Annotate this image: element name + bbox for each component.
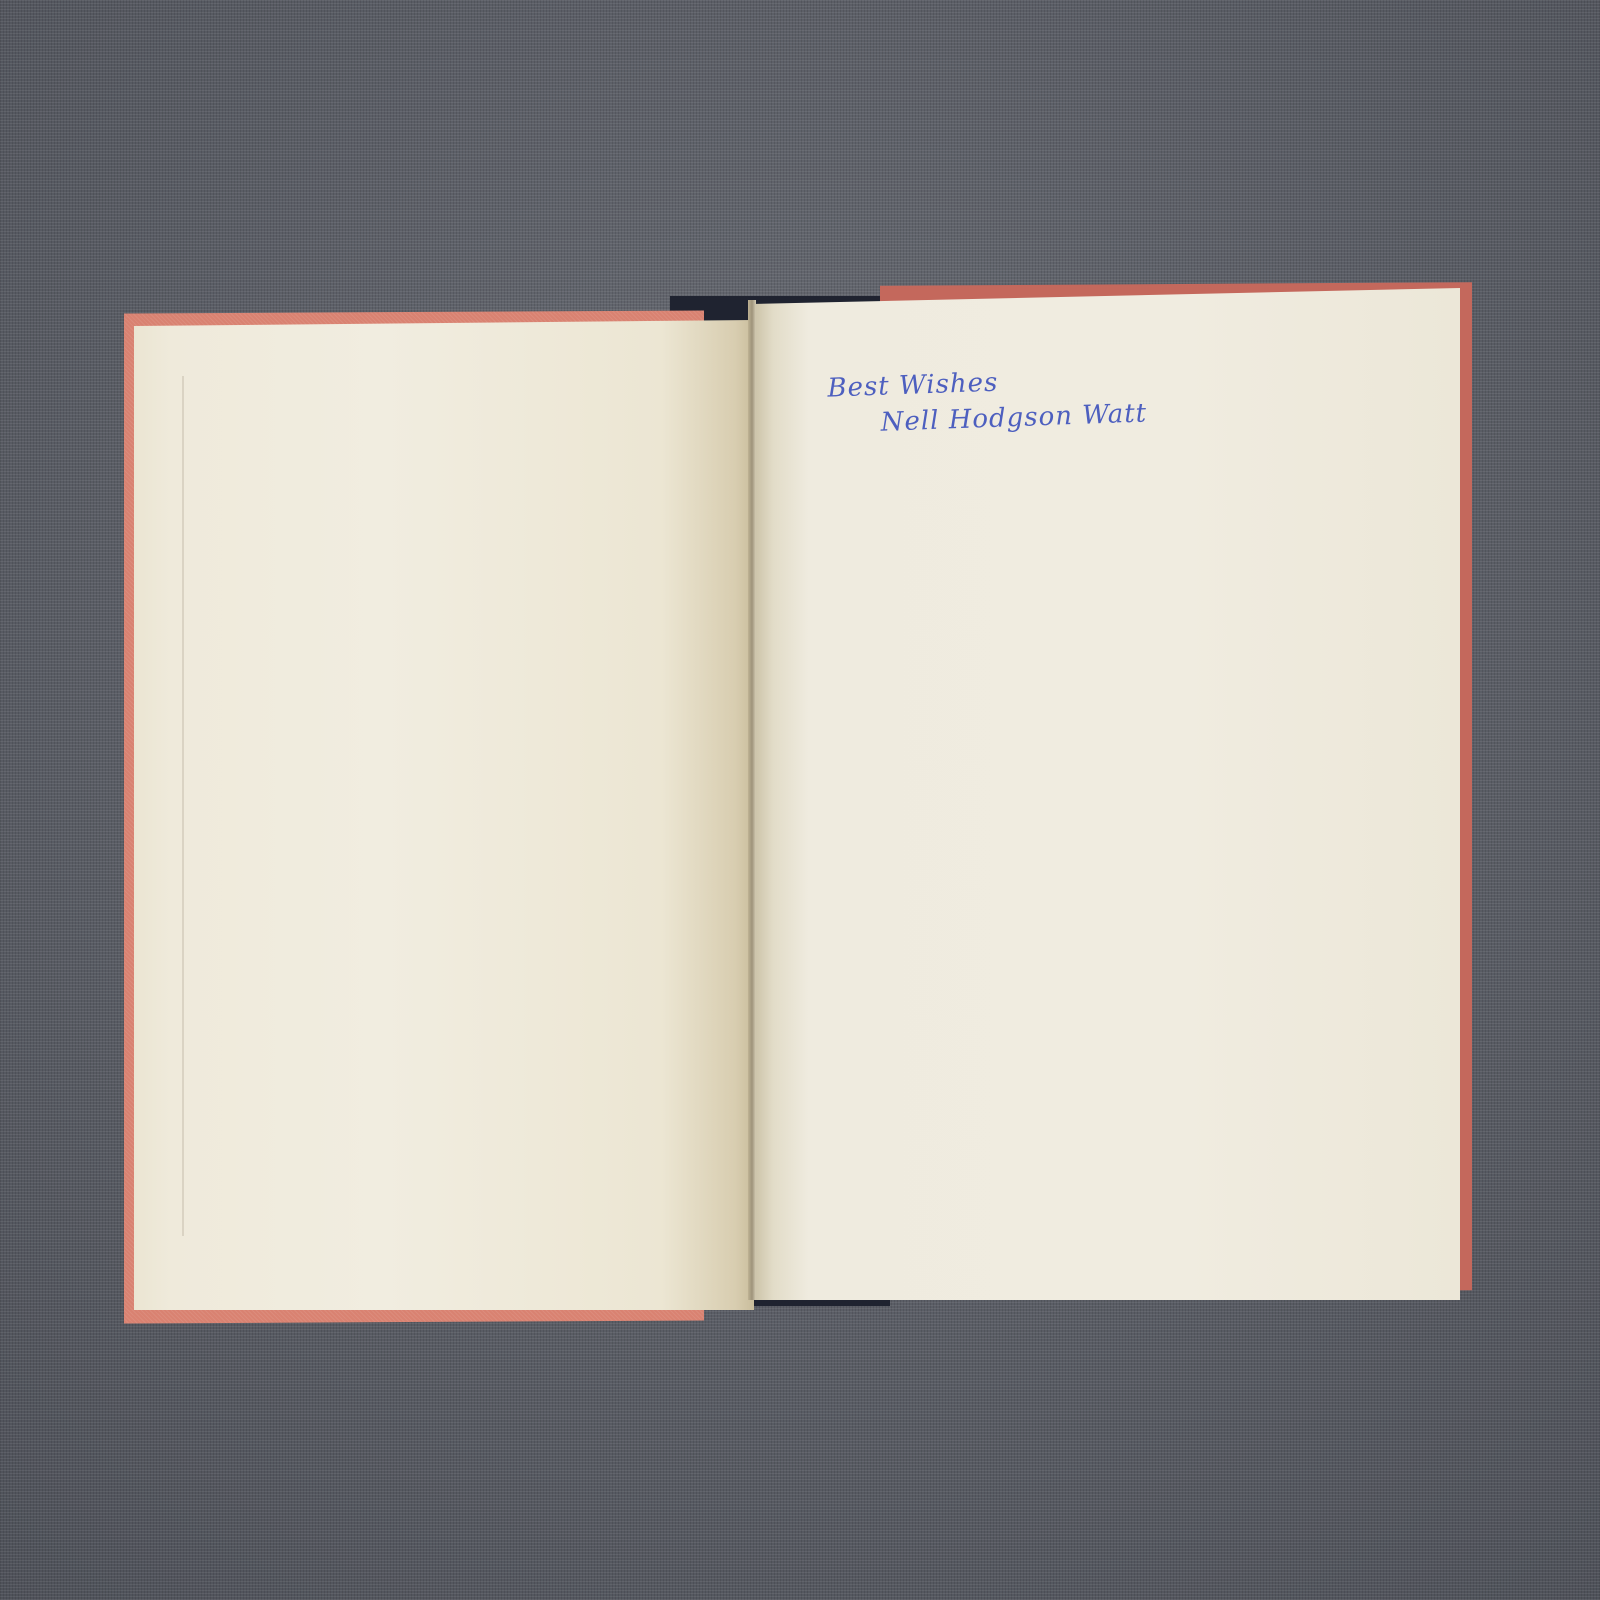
- right-page: [752, 288, 1460, 1300]
- photo-scene: Best Wishes Nell Hodgson Watt: [0, 0, 1600, 1600]
- book-gutter: [748, 300, 756, 1300]
- left-endpaper: [134, 320, 754, 1310]
- handwritten-inscription: Best Wishes Nell Hodgson Watt: [827, 362, 1148, 439]
